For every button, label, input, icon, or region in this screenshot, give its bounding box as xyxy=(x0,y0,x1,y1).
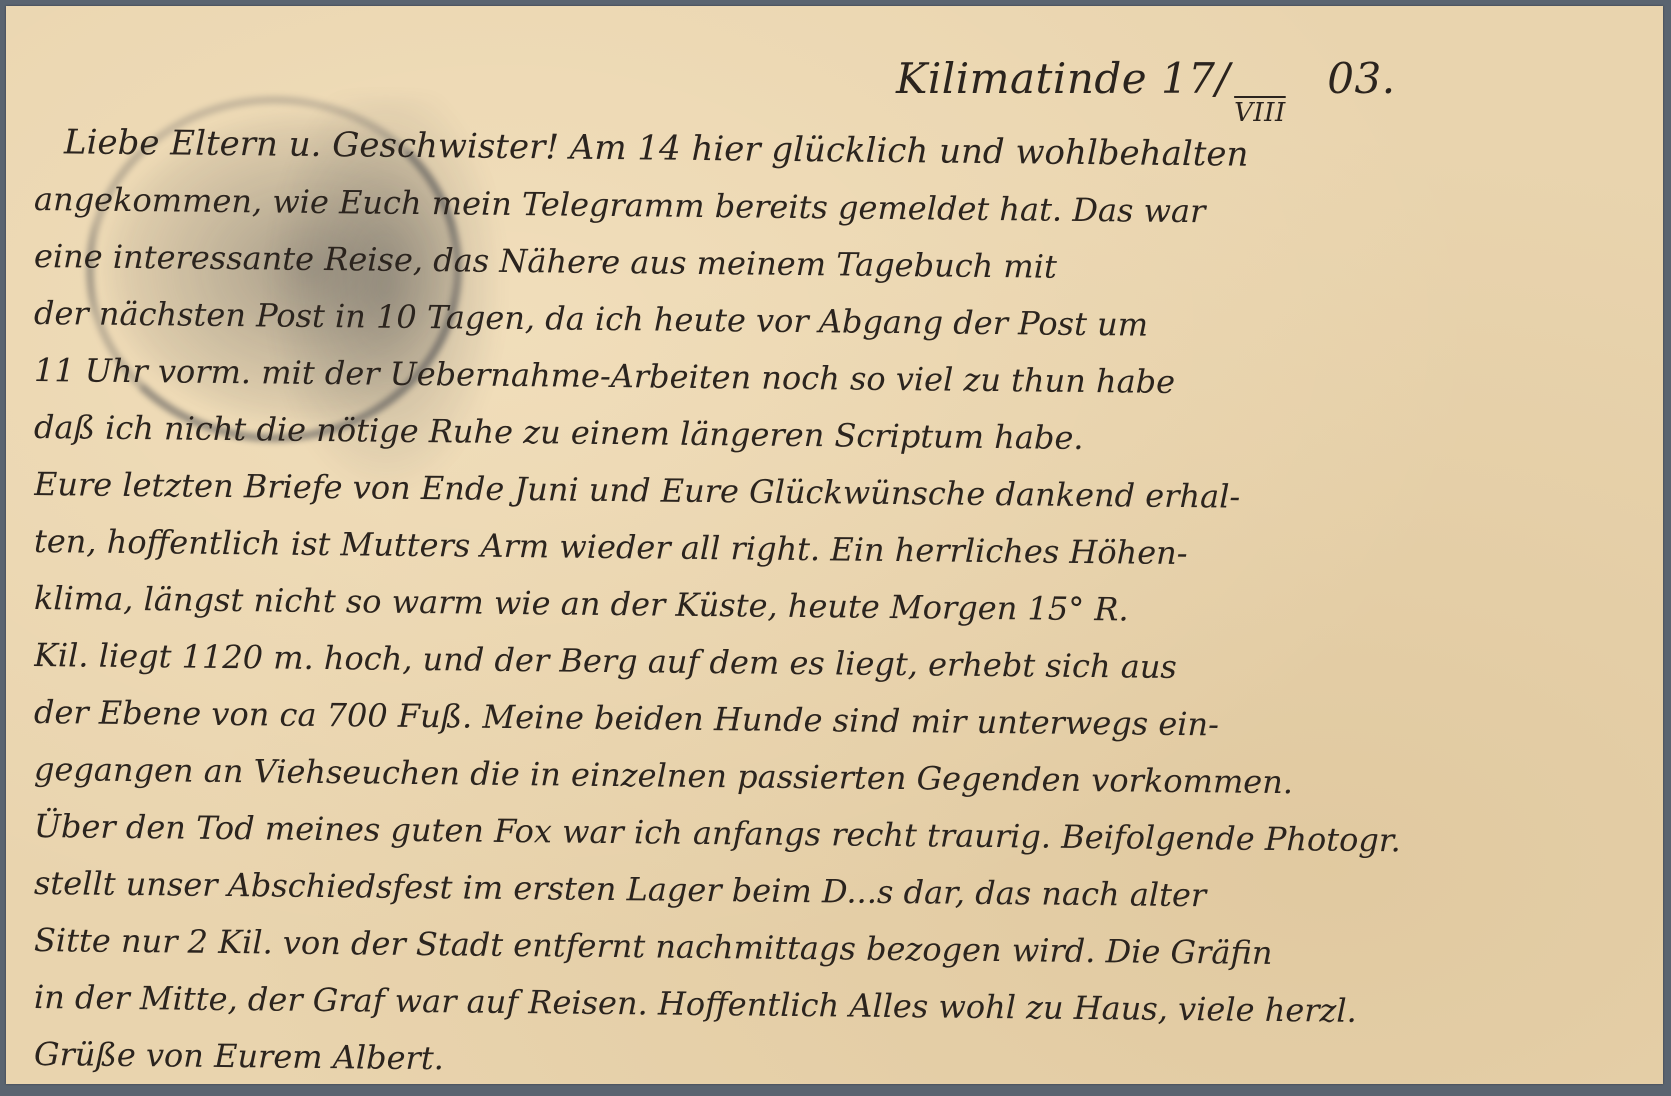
letter-body: Liebe Eltern u. Geschwister! Am 14 hier … xyxy=(34,114,1634,1083)
postcard: Kilimatinde 17/VIII 03. Liebe Eltern u. … xyxy=(6,6,1663,1084)
place-date-line: Kilimatinde 17/VIII 03. xyxy=(896,54,1396,103)
place-name: Kilimatinde xyxy=(896,54,1147,103)
date-day: 17 xyxy=(1161,54,1215,103)
date-year: 03 xyxy=(1327,54,1381,103)
